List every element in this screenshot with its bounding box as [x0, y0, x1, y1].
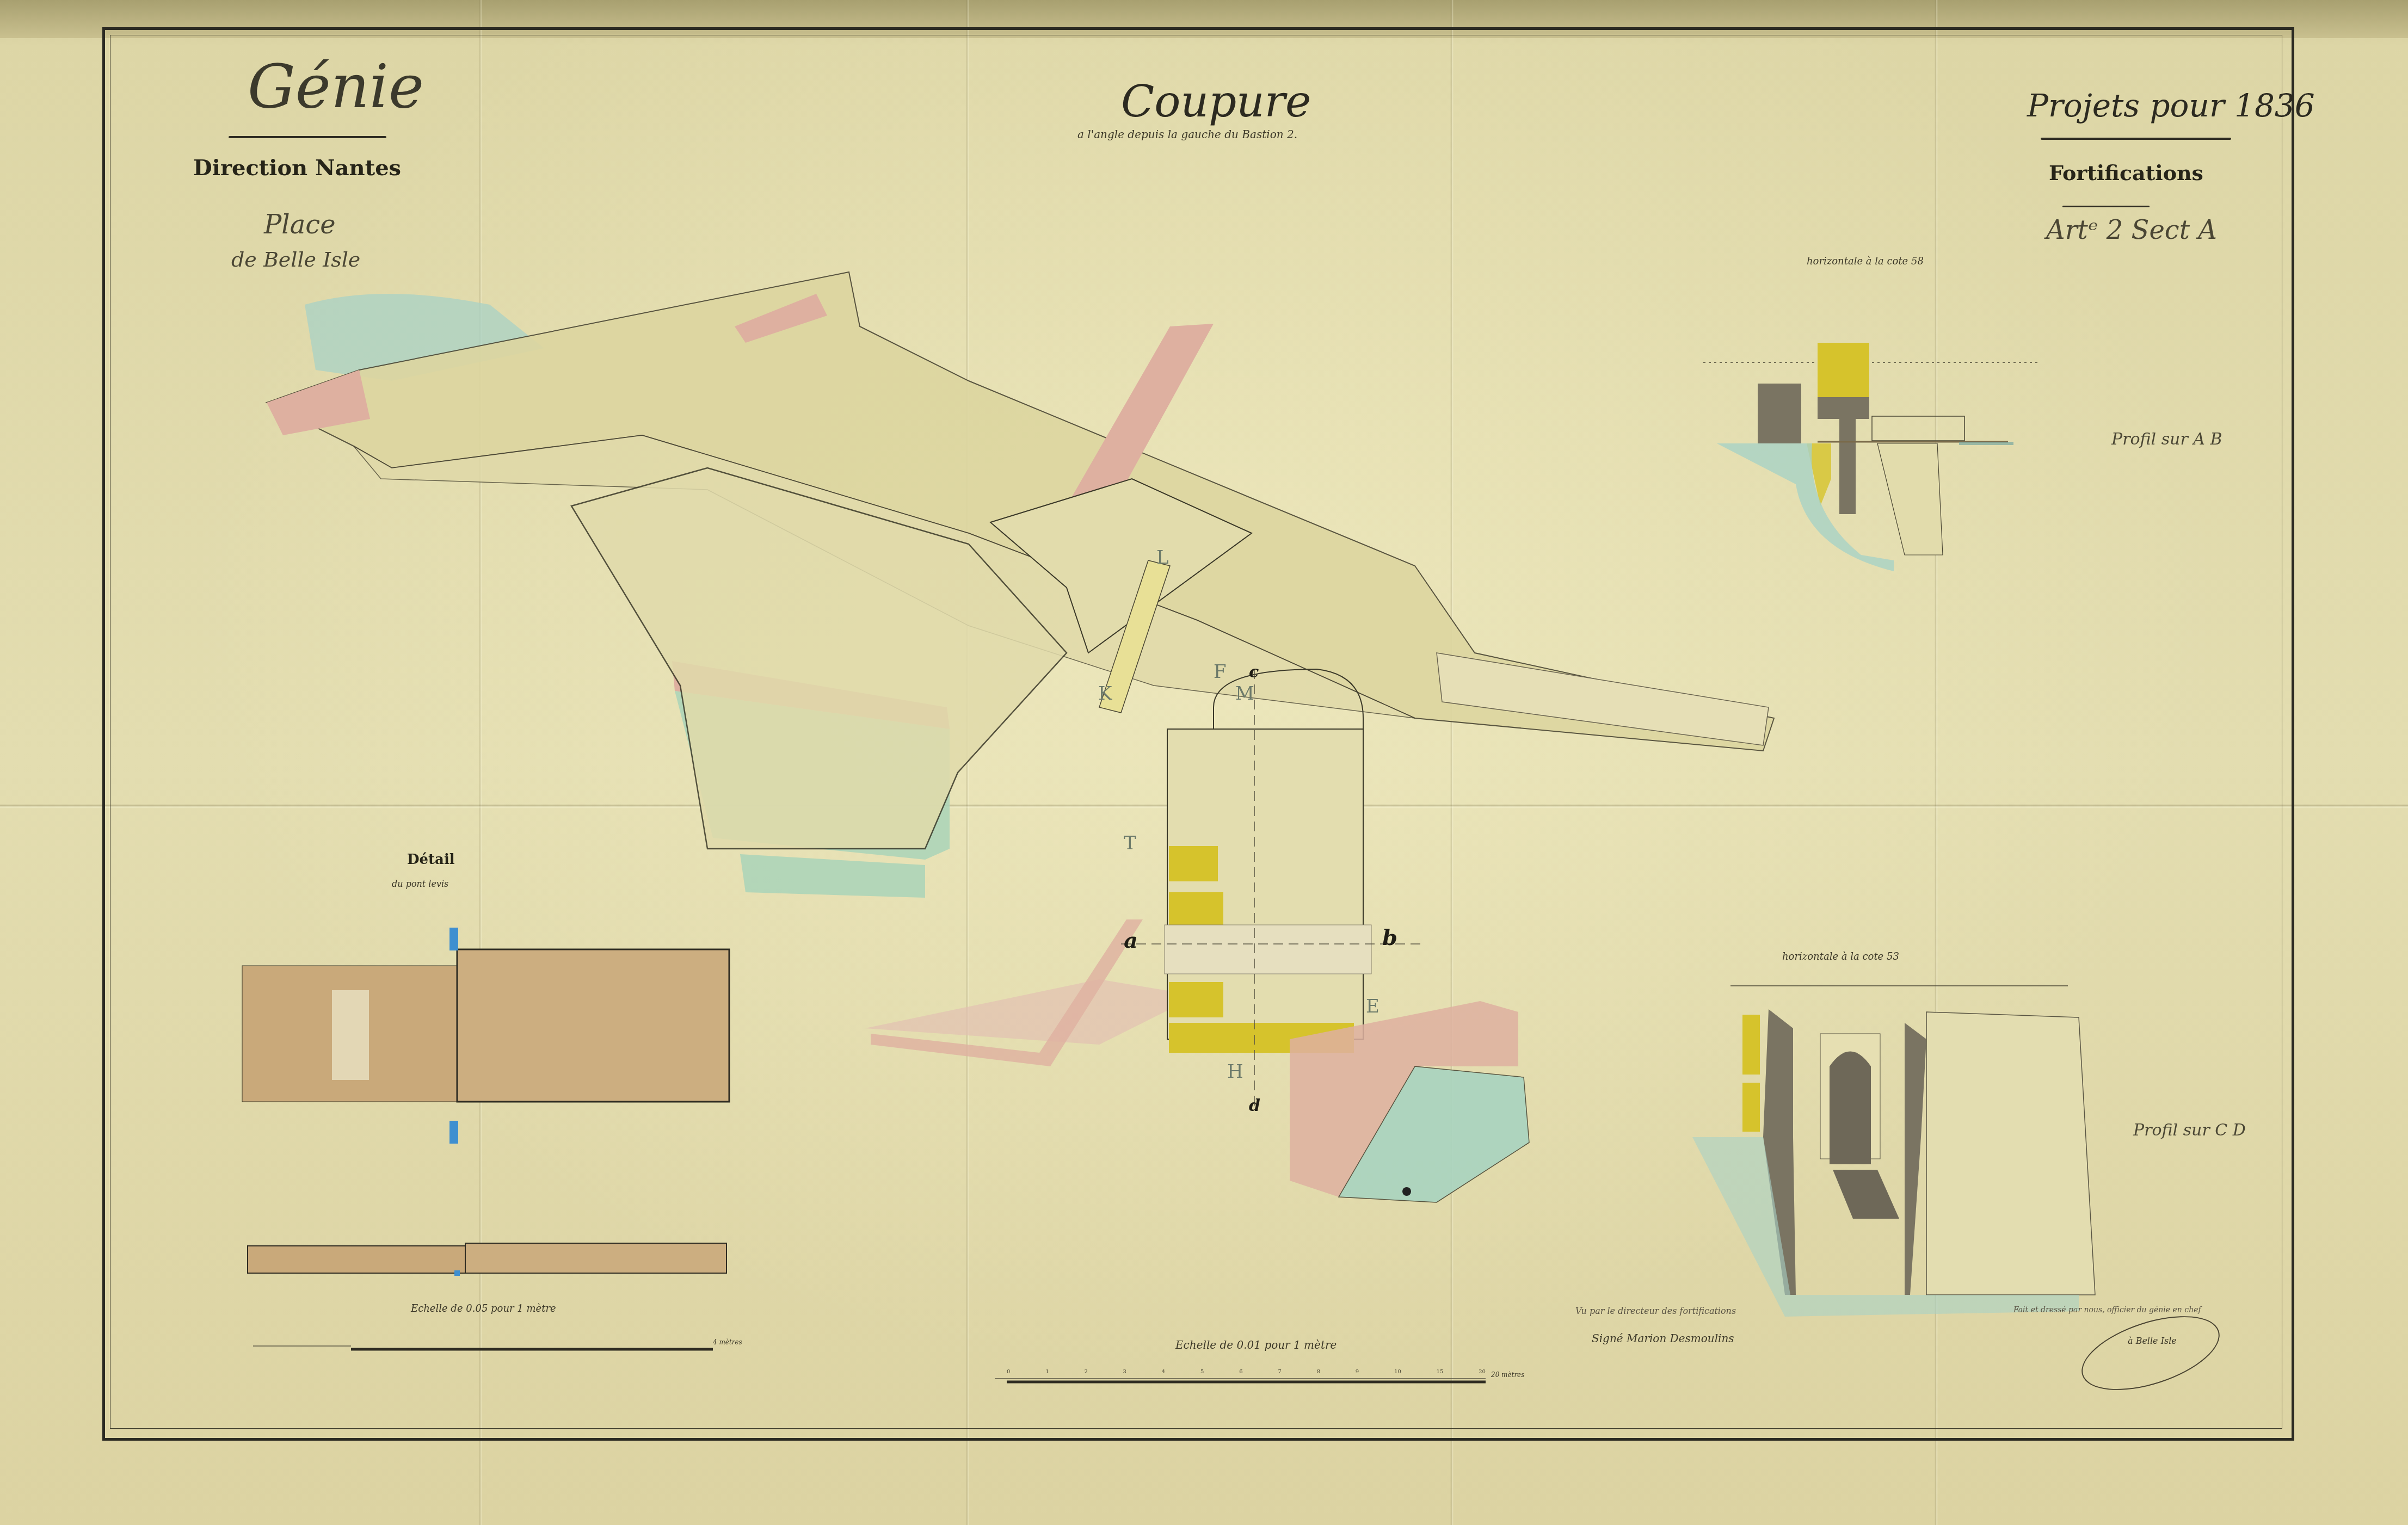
scale-tick: 5 [1200, 1369, 1204, 1375]
scale-tick: 4 [1162, 1369, 1165, 1375]
drawbridge-detail-drawing [242, 928, 729, 1349]
plan-letter-m: M [1235, 683, 1254, 705]
detail-title: Détail [407, 851, 455, 868]
scale-tick: 1 [1045, 1369, 1049, 1375]
profile-ab-title: Profil sur A B [2111, 430, 2222, 449]
scale-tick: 8 [1317, 1369, 1320, 1375]
detail-scale-end: 4 mètres [713, 1338, 742, 1346]
plan-letter-k: K [1098, 683, 1112, 705]
profile-cd-drawing [1692, 986, 2095, 1317]
profile-ab-drawing [1703, 343, 2041, 571]
scale-tick: 6 [1239, 1369, 1242, 1375]
main-scale-ticks: 0 1 2 3 4 5 6 7 8 9 10 15 20 [1007, 1369, 1486, 1375]
scale-tick: 10 [1394, 1369, 1401, 1375]
scale-tick: 9 [1356, 1369, 1359, 1375]
category-label: Fortifications [2049, 160, 2203, 185]
signature-right-line1: Fait et dressé par nous, officier du gén… [2013, 1306, 2201, 1314]
projects-year: Projets pour 1836 [2027, 87, 2315, 124]
signature-left-line2: Signé Marion Desmoulins [1592, 1332, 1734, 1345]
plan-letter-c: c [1249, 663, 1259, 682]
detail-scale-label: Echelle de 0.05 pour 1 mètre [411, 1303, 556, 1314]
plan-letter-a: a [1124, 928, 1138, 953]
profile-ab-horizontal: horizontale à la cote 58 [1807, 256, 1924, 267]
scale-tick: 3 [1123, 1369, 1126, 1375]
service-title: Génie [248, 52, 424, 121]
scale-tick: 7 [1278, 1369, 1281, 1375]
detail-subtitle: du pont levis [392, 879, 448, 889]
main-scale-label: Echelle de 0.01 pour 1 mètre [1175, 1338, 1337, 1351]
place-label: Place [264, 209, 336, 240]
drawing-title: Coupure [1121, 76, 1311, 127]
plan-letter-f: F [1214, 661, 1227, 683]
plan-letter-b: b [1382, 925, 1397, 950]
plan-letter-t: T [1124, 832, 1136, 854]
plan-letter-l: L [1156, 547, 1169, 569]
drawing-subtitle: a l'angle depuis la gauche du Bastion 2. [1077, 128, 1297, 141]
plan-letter-e: E [1366, 996, 1379, 1017]
main-scale-end: 20 mètres [1491, 1371, 1524, 1379]
scale-tick: 20 [1479, 1369, 1486, 1375]
profile-cd-title: Profil sur C D [2133, 1121, 2246, 1140]
place-name: de Belle Isle [231, 248, 360, 271]
main-scale-bar [995, 1379, 1486, 1382]
divider [2062, 206, 2150, 207]
scale-tick: 15 [1437, 1369, 1444, 1375]
signature-left-line1: Vu par le directeur des fortifications [1575, 1306, 1736, 1316]
profile-cd-horizontal: horizontale à la cote 53 [1782, 951, 1899, 962]
plan-letter-d: d [1249, 1096, 1260, 1115]
divider [229, 136, 386, 138]
divider [2041, 138, 2231, 140]
article-label: Artᵉ 2 Sect A [2046, 215, 2217, 245]
scale-tick: 0 [1007, 1369, 1010, 1375]
direction-label: Direction Nantes [193, 155, 401, 181]
scale-tick: 2 [1084, 1369, 1087, 1375]
drawing-sheet: Génie Direction Nantes Place de Belle Is… [0, 0, 2408, 1525]
plan-letter-h: H [1227, 1061, 1243, 1083]
